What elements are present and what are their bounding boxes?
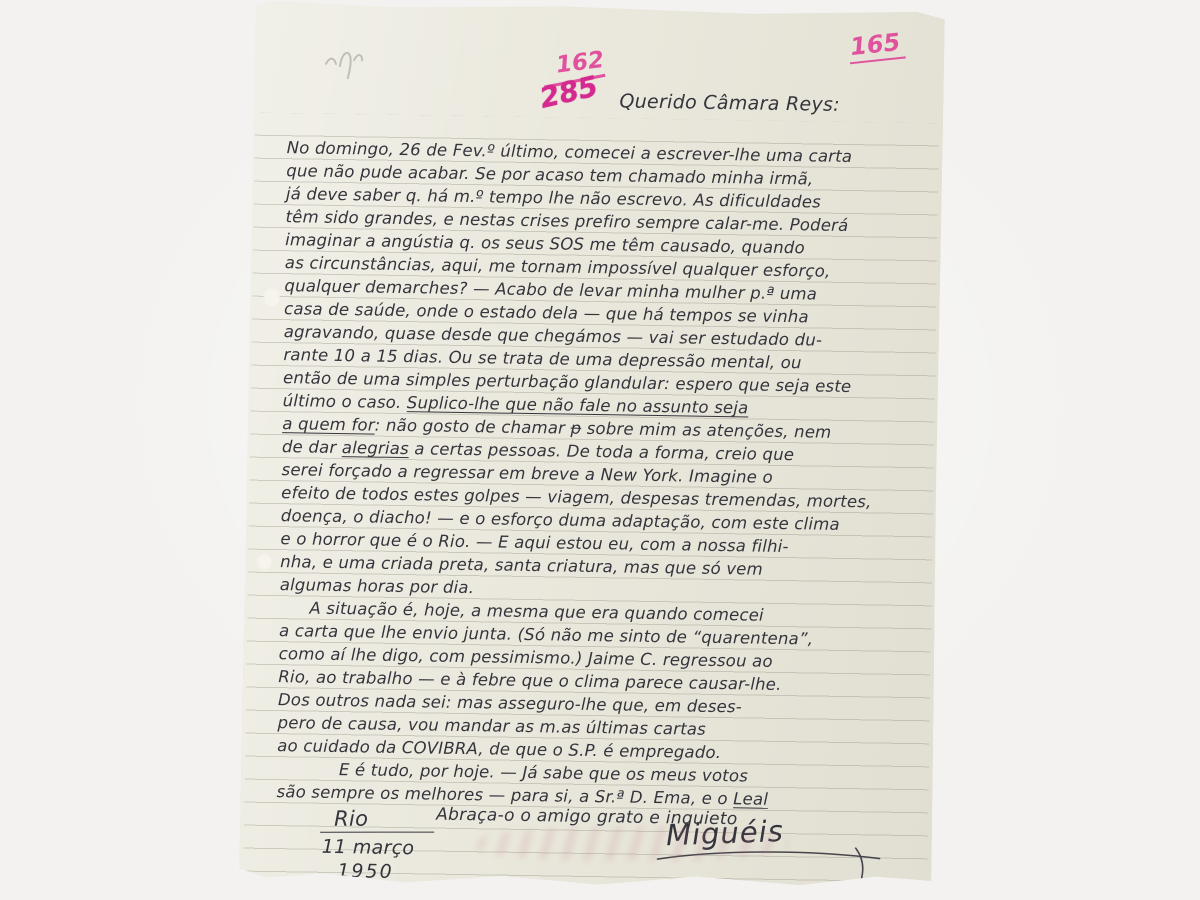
date-year: 1950 bbox=[319, 860, 434, 884]
ink-bleed-through bbox=[473, 826, 793, 860]
date-place: Rio bbox=[320, 807, 434, 833]
paper-flaw bbox=[264, 289, 279, 306]
letter-page: 165 162 285 Querido Câmara Reys: No domi… bbox=[239, 1, 945, 894]
date-day-month: 11 março bbox=[320, 836, 435, 860]
archive-number-fraction: 162 285 bbox=[541, 49, 638, 128]
pencil-scribble bbox=[322, 42, 379, 83]
date-block: Rio 11 março 1950 bbox=[319, 806, 434, 884]
letter-body: No domingo, 26 de Fev.º último, comecei … bbox=[276, 136, 928, 813]
paper-flaw bbox=[258, 555, 271, 569]
salutation: Querido Câmara Reys: bbox=[619, 90, 840, 115]
photo-background: 165 162 285 Querido Câmara Reys: No domi… bbox=[0, 0, 1200, 900]
fraction-denominator: 285 bbox=[537, 69, 601, 114]
page-number: 165 bbox=[847, 28, 906, 65]
